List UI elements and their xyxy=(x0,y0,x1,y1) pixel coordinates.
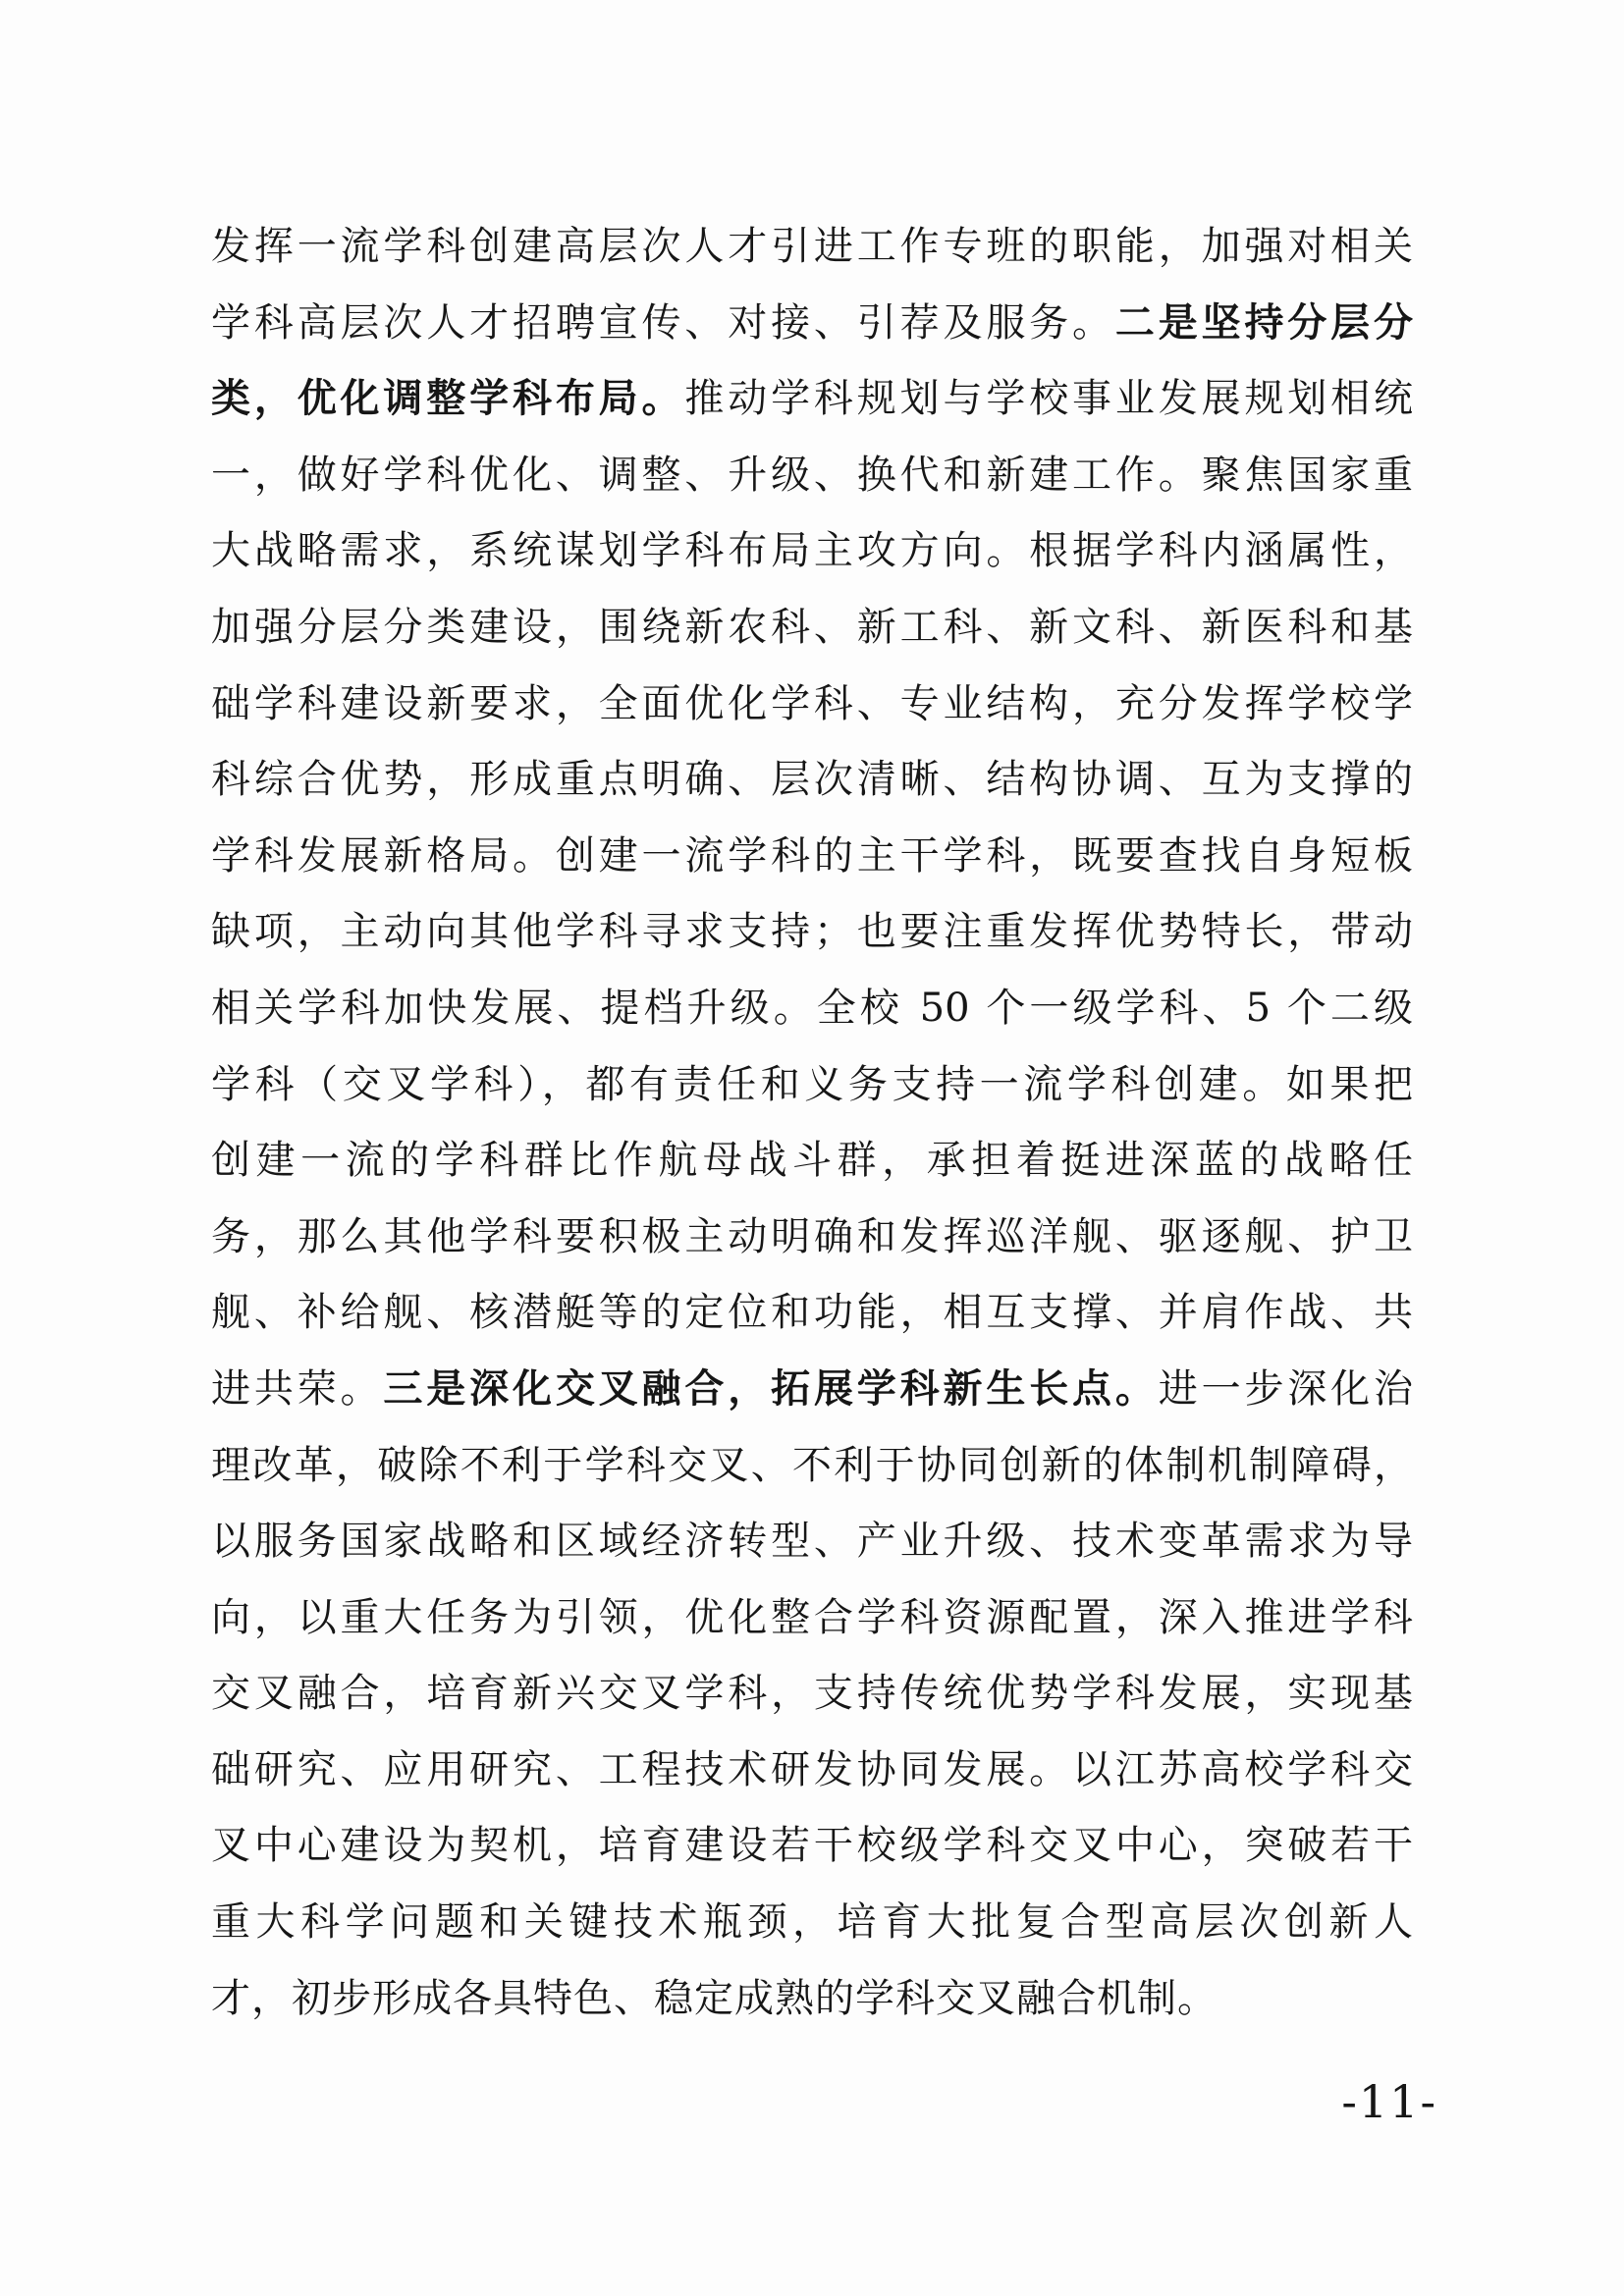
text-segment: 舰、补给舰、核潜艇等的定位和功能，相互支撑、并肩作战、共 xyxy=(211,1290,1413,1335)
text-line: 以服务国家战略和区域经济转型、产业升级、技术变革需求为导 xyxy=(211,1504,1413,1580)
bold-text-segment: 三是深化交叉融合，拓展学科新生长点。 xyxy=(383,1366,1158,1412)
text-line: 才，初步形成各具特色、稳定成熟的学科交叉融合机制。 xyxy=(211,1961,1413,2038)
text-segment: 础学科建设新要求，全面优化学科、专业结构，充分发挥学校学 xyxy=(211,681,1413,726)
text-segment: 大战略需求，系统谋划学科布局主攻方向。根据学科内涵属性， xyxy=(211,528,1413,573)
text-line: 进共荣。三是深化交叉融合，拓展学科新生长点。进一步深化治 xyxy=(211,1352,1413,1428)
text-line: 发挥一流学科创建高层次人才引进工作专班的职能，加强对相关 xyxy=(211,209,1413,286)
page-number: -11- xyxy=(1341,2077,1437,2126)
text-line: 学科发展新格局。创建一流学科的主干学科，既要查找自身短板 xyxy=(211,819,1413,895)
text-segment: 重大科学问题和关键技术瓶颈，培育大批复合型高层次创新人 xyxy=(211,1899,1413,1945)
document-page: 发挥一流学科创建高层次人才引进工作专班的职能，加强对相关学科高层次人才招聘宣传、… xyxy=(0,0,1624,2296)
text-segment: 一，做好学科优化、调整、升级、换代和新建工作。聚焦国家重 xyxy=(211,453,1413,498)
bold-text-segment: 二是坚持分层分 xyxy=(1115,300,1413,346)
text-segment: 加强分层分类建设，围绕新农科、新工科、新文科、新医科和基 xyxy=(211,605,1413,650)
text-segment: 学科（交叉学科），都有责任和义务支持一流学科创建。如果把 xyxy=(211,1062,1413,1107)
text-segment: 叉中心建设为契机，培育建设若干校级学科交叉中心，突破若干 xyxy=(211,1823,1413,1868)
text-line: 础学科建设新要求，全面优化学科、专业结构，充分发挥学校学 xyxy=(211,667,1413,743)
text-line: 叉中心建设为契机，培育建设若干校级学科交叉中心，突破若干 xyxy=(211,1808,1413,1885)
text-line: 务，那么其他学科要积极主动明确和发挥巡洋舰、驱逐舰、护卫 xyxy=(211,1200,1413,1276)
text-segment: 创建一流的学科群比作航母战斗群，承担着挺进深蓝的战略任 xyxy=(211,1138,1413,1183)
text-line: 加强分层分类建设，围绕新农科、新工科、新文科、新医科和基 xyxy=(211,590,1413,667)
text-segment: 理改革，破除不利于学科交叉、不利于协同创新的体制机制障碍， xyxy=(211,1443,1413,1488)
text-line: 学科高层次人才招聘宣传、对接、引荐及服务。二是坚持分层分 xyxy=(211,286,1413,362)
bold-text-segment: 类，优化调整学科布局。 xyxy=(211,376,684,421)
text-segment: 学科发展新格局。创建一流学科的主干学科，既要查找自身短板 xyxy=(211,833,1413,879)
text-segment: 推动学科规划与学校事业发展规划相统 xyxy=(684,376,1413,421)
text-segment: 科综合优势，形成重点明确、层次清晰、结构协调、互为支撑的 xyxy=(211,757,1413,802)
text-line: 理改革，破除不利于学科交叉、不利于协同创新的体制机制障碍， xyxy=(211,1428,1413,1505)
text-segment: 础研究、应用研究、工程技术研发协同发展。以江苏高校学科交 xyxy=(211,1747,1413,1792)
text-line: 创建一流的学科群比作航母战斗群，承担着挺进深蓝的战略任 xyxy=(211,1123,1413,1200)
text-line: 向，以重大任务为引领，优化整合学科资源配置，深入推进学科 xyxy=(211,1580,1413,1657)
text-segment: 向，以重大任务为引领，优化整合学科资源配置，深入推进学科 xyxy=(211,1595,1413,1640)
text-segment: 交叉融合，培育新兴交叉学科，支持传统优势学科发展，实现基 xyxy=(211,1671,1413,1716)
text-line: 相关学科加快发展、提档升级。全校 50 个一级学科、5 个二级 xyxy=(211,971,1413,1047)
text-line: 科综合优势，形成重点明确、层次清晰、结构协调、互为支撑的 xyxy=(211,742,1413,819)
text-line: 类，优化调整学科布局。推动学科规划与学校事业发展规划相统 xyxy=(211,361,1413,438)
text-line: 学科（交叉学科），都有责任和义务支持一流学科创建。如果把 xyxy=(211,1047,1413,1124)
text-segment: 相关学科加快发展、提档升级。全校 50 个一级学科、5 个二级 xyxy=(211,986,1413,1031)
text-segment: 学科高层次人才招聘宣传、对接、引荐及服务。 xyxy=(211,300,1115,346)
text-segment: 进一步深化治 xyxy=(1159,1366,1413,1412)
text-line: 交叉融合，培育新兴交叉学科，支持传统优势学科发展，实现基 xyxy=(211,1656,1413,1733)
text-line: 一，做好学科优化、调整、升级、换代和新建工作。聚焦国家重 xyxy=(211,438,1413,514)
text-segment: 进共荣。 xyxy=(211,1366,383,1412)
body-text: 发挥一流学科创建高层次人才引进工作专班的职能，加强对相关学科高层次人才招聘宣传、… xyxy=(211,209,1413,2037)
text-line: 大战略需求，系统谋划学科布局主攻方向。根据学科内涵属性， xyxy=(211,513,1413,590)
text-segment: 缺项，主动向其他学科寻求支持；也要注重发挥优势特长，带动 xyxy=(211,909,1413,954)
text-line: 舰、补给舰、核潜艇等的定位和功能，相互支撑、并肩作战、共 xyxy=(211,1275,1413,1352)
text-segment: 以服务国家战略和区域经济转型、产业升级、技术变革需求为导 xyxy=(211,1519,1413,1564)
text-segment: 才，初步形成各具特色、稳定成熟的学科交叉融合机制。 xyxy=(211,1976,1218,2021)
text-line: 础研究、应用研究、工程技术研发协同发展。以江苏高校学科交 xyxy=(211,1733,1413,1809)
text-segment: 务，那么其他学科要积极主动明确和发挥巡洋舰、驱逐舰、护卫 xyxy=(211,1214,1413,1259)
text-segment: 发挥一流学科创建高层次人才引进工作专班的职能，加强对相关 xyxy=(211,224,1413,269)
text-line: 缺项，主动向其他学科寻求支持；也要注重发挥优势特长，带动 xyxy=(211,894,1413,971)
text-line: 重大科学问题和关键技术瓶颈，培育大批复合型高层次创新人 xyxy=(211,1885,1413,1961)
